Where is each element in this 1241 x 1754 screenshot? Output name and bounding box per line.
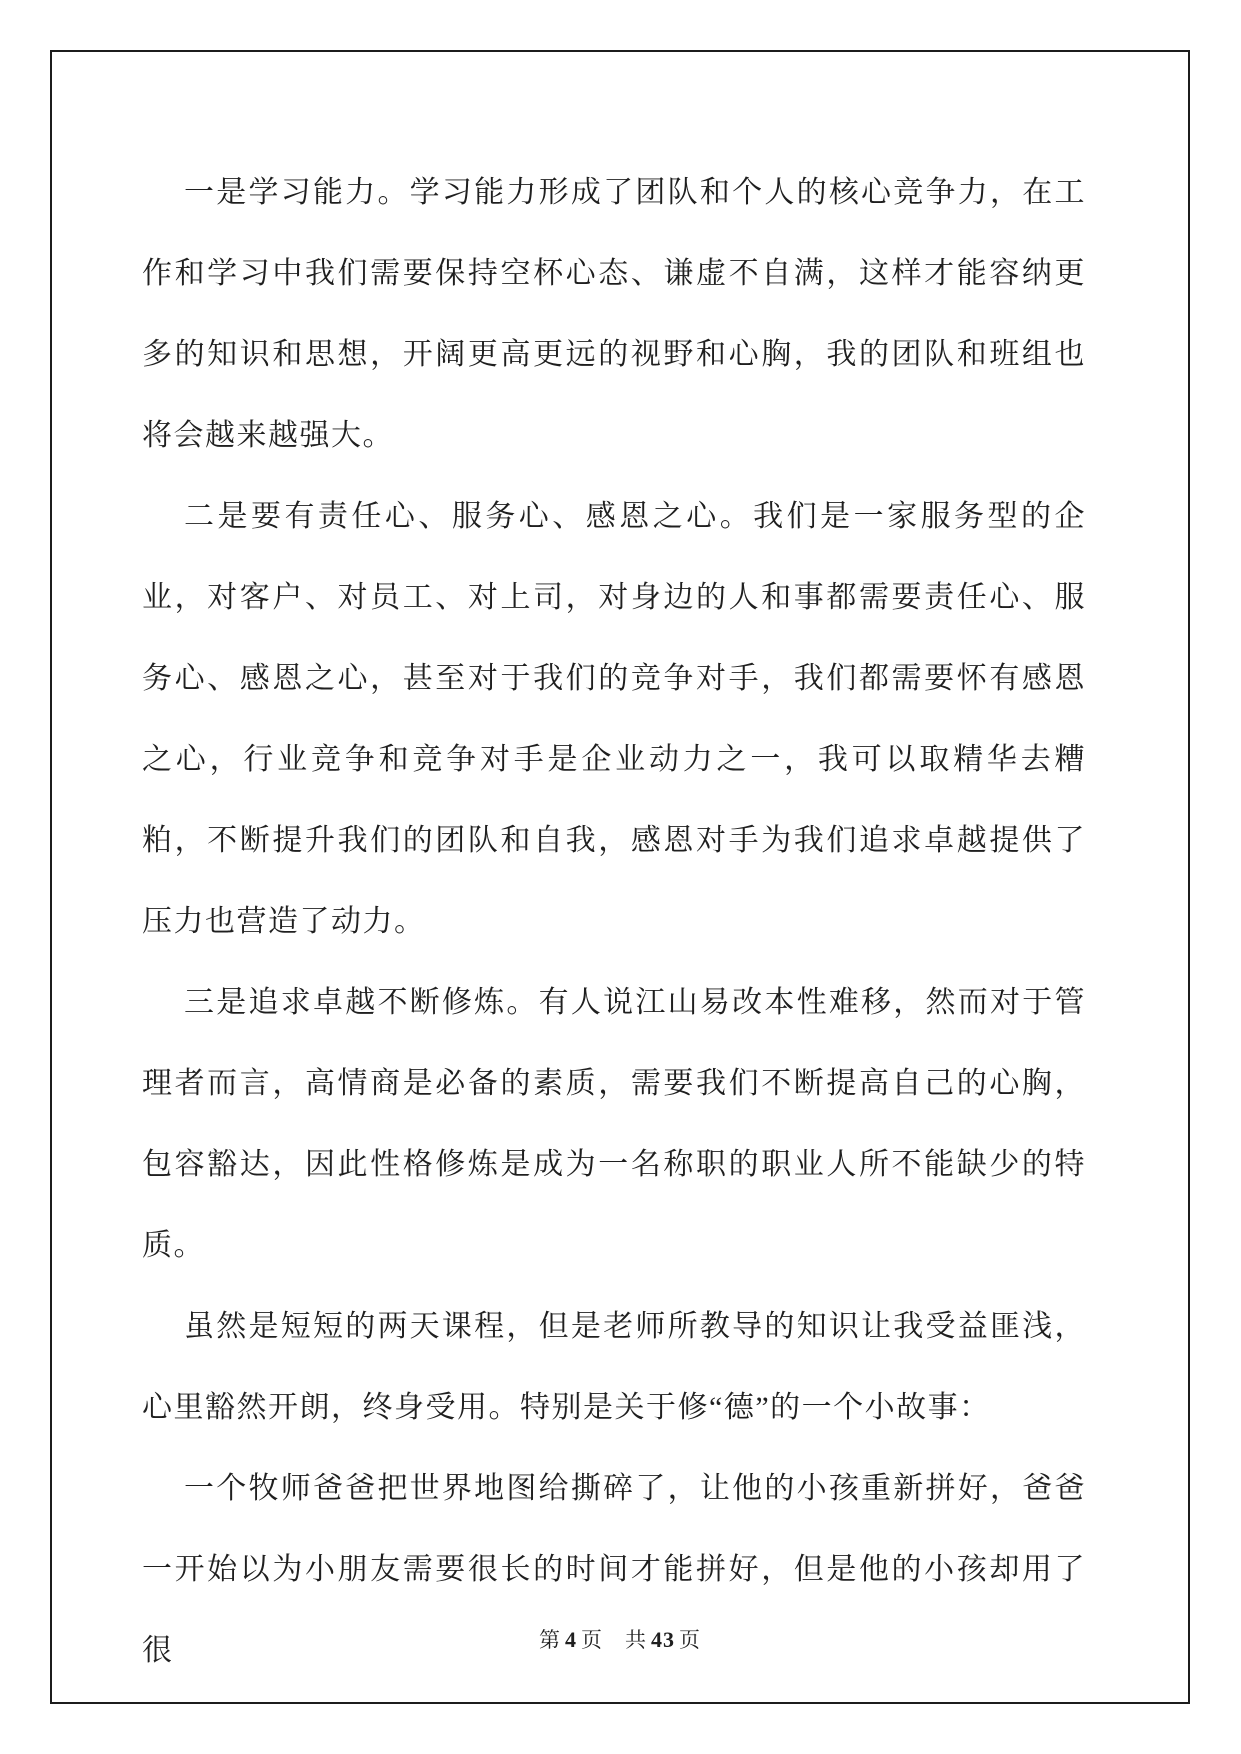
document-canvas: 一是学习能力。学习能力形成了团队和个人的核心竞争力，在工作和学习中我们需要保持空… xyxy=(0,0,1241,1754)
paragraph-course-reflection: 虽然是短短的两天课程，但是老师所教导的知识让我受益匪浅，心里豁然开朗，终身受用。… xyxy=(142,1286,1086,1448)
footer-current-page-number: 4 xyxy=(565,1627,577,1652)
footer-total-suffix: 页 xyxy=(679,1628,701,1652)
paragraph-pursuit-of-excellence: 三是追求卓越不断修炼。有人说江山易改本性难移，然而对于管理者而言，高情商是必备的… xyxy=(142,962,1086,1286)
footer-page-suffix: 页 xyxy=(581,1628,603,1652)
paragraph-learning-ability: 一是学习能力。学习能力形成了团队和个人的核心竞争力，在工作和学习中我们需要保持空… xyxy=(142,152,1086,476)
paragraph-responsibility-service-gratitude: 二是要有责任心、服务心、感恩之心。我们是一家服务型的企业，对客户、对员工、对上司… xyxy=(142,476,1086,962)
page-border: 一是学习能力。学习能力形成了团队和个人的核心竞争力，在工作和学习中我们需要保持空… xyxy=(50,50,1190,1704)
footer-page-prefix: 第 xyxy=(539,1628,561,1652)
footer-total-prefix: 共 xyxy=(625,1628,647,1652)
page-footer: 第4页共43页 xyxy=(52,1624,1188,1654)
paragraph-pastor-story: 一个牧师爸爸把世界地图给撕碎了，让他的小孩重新拼好，爸爸一开始以为小朋友需要很长… xyxy=(142,1448,1086,1691)
footer-total-page-number: 43 xyxy=(651,1627,675,1652)
page-body-text: 一是学习能力。学习能力形成了团队和个人的核心竞争力，在工作和学习中我们需要保持空… xyxy=(142,152,1086,1691)
